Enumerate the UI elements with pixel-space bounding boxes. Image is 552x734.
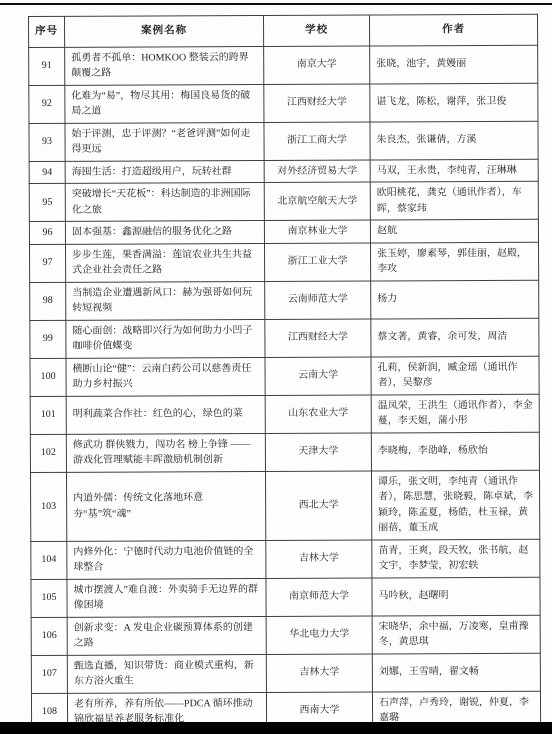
authors-cell: 温凤荣，王洪生（通讯作者），李金蔓，李天姐，蒲小彤 — [371, 394, 539, 433]
table-row: 95突破增长“天花板”：科达制造的非洲国际化之旅北京航空航天大学欧阳桃花，龚克（… — [29, 181, 538, 221]
header-row: 序号 案例名称 学校 作者 — [29, 14, 538, 47]
school-cell: 浙江工业大学 — [264, 243, 370, 281]
case-name-cell: 横断山论“健”：云南白药公司以慈善责任助力乡村振兴 — [66, 357, 265, 396]
scan-edge-top-line — [0, 3, 552, 5]
case-name-cell: 明利蔬菜合作社：红色的心，绿色的菜 — [66, 395, 265, 434]
case-name-cell: 孤勇者不孤单：HOMKOO 整装云的跨界颠覆之路 — [65, 46, 264, 85]
authors-cell: 苗青，王爽，段天牧，张书航，赵文宇，李梦莹，初宏轶 — [372, 539, 540, 578]
authors-cell: 欧阳桃花，龚克（通讯作者），车晖，蔡家玮 — [370, 181, 538, 220]
header-school: 学校 — [263, 15, 369, 46]
authors-cell: 蔡文著，黄睿，余可发，周洁 — [371, 318, 539, 357]
school-cell: 江西财经大学 — [265, 319, 371, 357]
authors-cell: 马吟秋，赵曙明 — [372, 577, 540, 616]
serial-cell: 94 — [29, 161, 65, 184]
school-cell: 天津大学 — [265, 433, 371, 471]
case-list-table: 序号 案例名称 学校 作者 91孤勇者不孤单：HOMKOO 整装云的跨界颠覆之路… — [28, 14, 541, 732]
serial-cell: 106 — [31, 617, 67, 655]
case-name-cell: 始于评测，忠于评测？“老爸评测”如何走得更远 — [65, 122, 264, 161]
document-page: 序号 案例名称 学校 作者 91孤勇者不孤单：HOMKOO 整装云的跨界颠覆之路… — [28, 14, 540, 732]
serial-cell: 101 — [30, 396, 66, 434]
school-cell: 吉林大学 — [266, 540, 372, 578]
table-row: 92化难为“易”，物尽其用：梅国良易货的破局之道江西财经大学谌飞龙，陈松，谢萍，… — [29, 83, 538, 123]
school-cell: 北京航空航天大学 — [264, 182, 370, 220]
authors-cell: 赵航 — [370, 219, 538, 242]
case-name-cell: 突破增长“天花板”：科达制造的非洲国际化之旅 — [65, 182, 264, 221]
school-cell: 华北电力大学 — [266, 616, 372, 654]
school-cell: 云南大学 — [265, 357, 371, 395]
serial-cell: 103 — [30, 472, 66, 541]
case-name-cell: 随心面创：战略即兴行为如何助力小凹子咖啡价值蝶变 — [66, 319, 265, 358]
table-row: 103内道外儒：传统文化落地环意夯“基”筑“魂”西北大学谭乐，张文明，李纯青（通… — [30, 470, 539, 541]
case-name-cell: 修武功 群侠戮力，闯功名 榜上争锋 ——游戏化管理赋能丰晖激励机制创新 — [66, 433, 265, 472]
serial-cell: 99 — [30, 320, 66, 358]
authors-cell: 张晓，池宇，黄嫚丽 — [370, 45, 538, 84]
table-row: 97步步生莲，果香满溢：莲谊农业共生共益式企业社会责任之路浙江工业大学张玉婷，廖… — [29, 242, 538, 282]
case-name-cell: 化难为“易”，物尽其用：梅国良易货的破局之道 — [65, 84, 264, 123]
serial-cell: 98 — [30, 282, 66, 320]
serial-cell: 91 — [29, 47, 65, 85]
authors-cell: 孔莉，侯新润，臧金瑶（通讯作者），吴黎彦 — [371, 356, 539, 395]
table-row: 104内修外化：宁德时代动力电池价值链的全球整合吉林大学苗青，王爽，段天牧，张书… — [31, 539, 540, 579]
table-row: 106创新求变：A 发电企业碳预算体系的创建之路华北电力大学宋晓华，余中福，万凌… — [31, 615, 540, 655]
authors-cell: 宋晓华，余中福，万凌寒，皇甫豫冬，黄思琪 — [372, 615, 540, 654]
table-row: 91孤勇者不孤单：HOMKOO 整装云的跨界颠覆之路南京大学张晓，池宇，黄嫚丽 — [29, 45, 538, 85]
authors-cell: 朱良杰，张谦倩，方溪 — [370, 121, 538, 160]
school-cell: 南京师范大学 — [266, 578, 372, 616]
serial-cell: 104 — [31, 541, 67, 579]
school-cell: 江西财经大学 — [264, 84, 370, 122]
table-row: 96固本强基：鑫源融信的服务优化之路南京林业大学赵航 — [29, 219, 538, 244]
header-authors: 作者 — [369, 14, 537, 45]
authors-cell: 张玉婷，廖素琴，郭佳丽，赵殿，李攻 — [370, 242, 538, 281]
table-row: 107甄选直播，知识带货：商业模式重构，新东方浴火重生吉林大学刘娜，王雪晴，翟文… — [31, 653, 540, 693]
table-row: 94海囤生活：打造超级用户，玩转社群对外经济贸易大学马双，王永贵，李纯青，汪琳琳 — [29, 159, 538, 184]
school-cell: 西北大学 — [265, 471, 371, 540]
serial-cell: 95 — [29, 183, 65, 221]
case-name-cell: 海囤生活：打造超级用户，玩转社群 — [65, 160, 264, 183]
table-row: 100横断山论“健”：云南白药公司以慈善责任助力乡村振兴云南大学孔莉，侯新润，臧… — [30, 356, 539, 396]
table-row: 101明利蔬菜合作社：红色的心，绿色的菜山东农业大学温凤荣，王洪生（通讯作者），… — [30, 394, 539, 434]
authors-cell: 谌飞龙，陈松，谢萍，张卫俊 — [370, 83, 538, 122]
table-row: 102修武功 群侠戮力，闯功名 榜上争锋 ——游戏化管理赋能丰晖激励机制创新天津… — [30, 432, 539, 472]
school-cell: 南京大学 — [264, 46, 370, 84]
case-name-cell: 当制造企业遭遇新风口：赫为强哥如何玩转短视频 — [66, 281, 265, 320]
serial-cell: 92 — [29, 85, 65, 123]
authors-cell: 谭乐，张文明，李纯青（通讯作者），陈思慧，张晓毅，陈卓斌，李颖玲，陈孟夏，杨皓，… — [371, 470, 539, 540]
table-body: 91孤勇者不孤单：HOMKOO 整装云的跨界颠覆之路南京大学张晓，池宇，黄嫚丽9… — [29, 45, 541, 731]
authors-cell: 马双，王永贵，李纯青，汪琳琳 — [370, 159, 538, 182]
serial-cell: 93 — [29, 123, 65, 161]
table-row: 93始于评测，忠于评测？“老爸评测”如何走得更远浙江工商大学朱良杰，张谦倩，方溪 — [29, 121, 538, 161]
school-cell: 浙江工商大学 — [264, 122, 370, 160]
scan-edge-bottom-bar — [0, 722, 552, 734]
serial-cell: 97 — [29, 244, 65, 282]
case-name-cell: 城市摆渡人”难自渡：外卖骑手无边界的群像困境 — [67, 578, 266, 617]
case-name-cell: 内道外儒：传统文化落地环意夯“基”筑“魂” — [66, 471, 265, 541]
school-cell: 山东农业大学 — [265, 395, 371, 433]
serial-cell: 105 — [31, 579, 67, 617]
case-name-cell: 内修外化：宁德时代动力电池价值链的全球整合 — [67, 540, 266, 579]
case-name-cell: 甄选直播，知识带货：商业模式重构，新东方浴火重生 — [67, 654, 266, 693]
serial-cell: 107 — [31, 655, 67, 693]
case-name-cell: 固本强基：鑫源融信的服务优化之路 — [65, 220, 264, 243]
case-name-cell: 步步生莲，果香满溢：莲谊农业共生共益式企业社会责任之路 — [65, 243, 264, 282]
school-cell: 吉林大学 — [266, 654, 372, 692]
table-row: 105城市摆渡人”难自渡：外卖骑手无边界的群像困境南京师范大学马吟秋，赵曙明 — [31, 577, 540, 617]
authors-cell: 杨力 — [371, 280, 539, 319]
authors-cell: 李晓梅，李劭峰，杨欣怡 — [371, 432, 539, 471]
serial-cell: 100 — [30, 358, 66, 396]
school-cell: 云南师范大学 — [265, 281, 371, 319]
serial-cell: 102 — [30, 434, 66, 472]
header-serial-number: 序号 — [29, 16, 65, 47]
authors-cell: 刘娜，王雪晴，翟文畅 — [372, 653, 540, 692]
school-cell: 南京林业大学 — [264, 220, 370, 243]
table-row: 98当制造企业遭遇新风口：赫为强哥如何玩转短视频云南师范大学杨力 — [30, 280, 539, 320]
school-cell: 对外经济贸易大学 — [264, 160, 370, 183]
serial-cell: 96 — [29, 221, 65, 244]
header-case-name: 案例名称 — [65, 15, 264, 46]
case-name-cell: 创新求变：A 发电企业碳预算体系的创建之路 — [67, 616, 266, 655]
table-row: 99随心面创：战略即兴行为如何助力小凹子咖啡价值蝶变江西财经大学蔡文著，黄睿，余… — [30, 318, 539, 358]
